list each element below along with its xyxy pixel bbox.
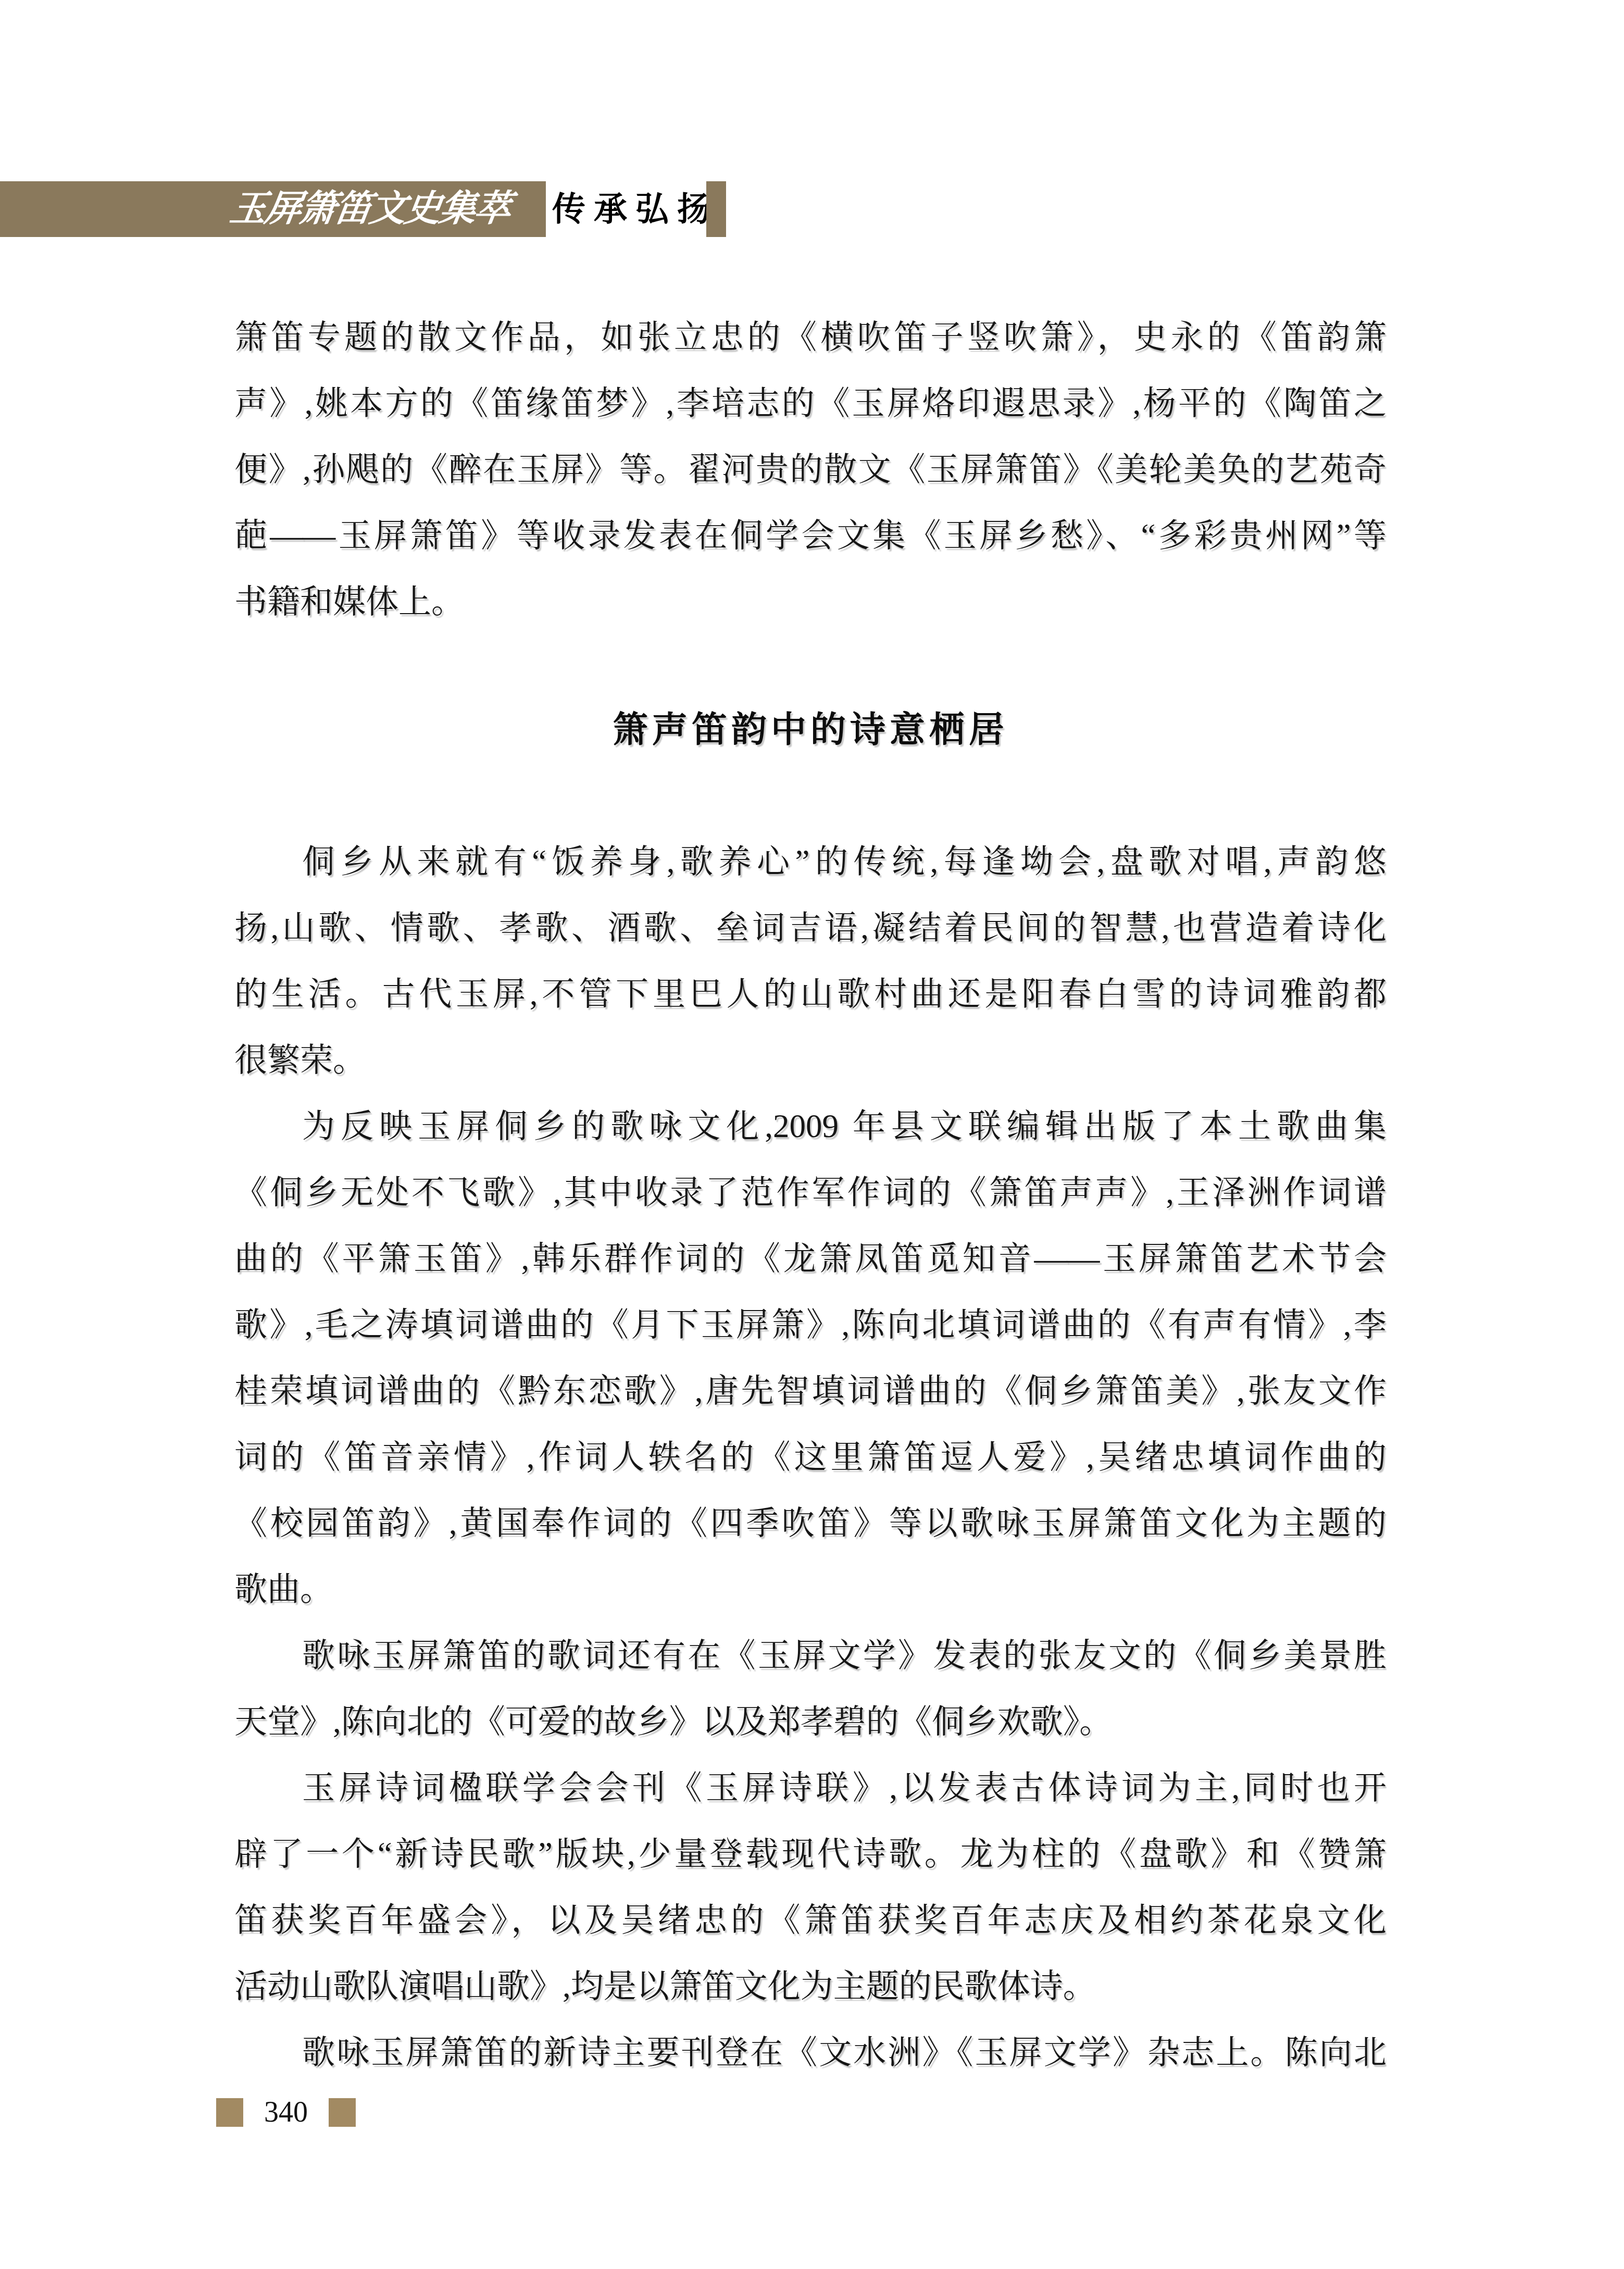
text-line: 笛获奖百年盛会》，以及吴绪忠的《箫笛获奖百年志庆及相约茶花泉文化	[234, 1887, 1386, 1953]
series-title-calligraphy: 玉屏箫笛文史集萃	[226, 181, 513, 237]
text-line: 歌》,毛之涛填词谱曲的《月下玉屏箫》,陈向北填词谱曲的《有声有情》,李	[234, 1292, 1386, 1358]
header-section-label: 传承弘扬	[552, 181, 719, 237]
footer-page-number: 340	[264, 2098, 308, 2127]
text-line: 辟了一个“新诗民歌”版块,少量登载现代诗歌。龙为柱的《盘歌》和《赞箫	[234, 1821, 1386, 1887]
text-line: 天堂》,陈向北的《可爱的故乡》以及郑孝碧的《侗乡欢歌》。	[234, 1689, 1386, 1755]
text-line: 《校园笛韵》,黄国奉作词的《四季吹笛》等以歌咏玉屏箫笛文化为主题的	[234, 1490, 1386, 1556]
header-bar: 玉屏箫笛文史集萃	[0, 181, 546, 237]
text-line: 扬,山歌、情歌、孝歌、酒歌、垒词吉语,凝结着民间的智慧,也营造着诗化	[234, 895, 1386, 961]
body-text: 侗乡从来就有“饭养身,歌养心”的传统,每逢坳会,盘歌对唱,声韵悠 扬,山歌、情歌…	[234, 829, 1386, 2086]
book-page: 玉屏箫笛文史集萃 传承弘扬 箫笛专题的散文作品，如张立忠的《横吹笛子竖吹箫》，史…	[0, 0, 1624, 2269]
text-line: 歌曲。	[234, 1556, 1386, 1623]
text-line: 词的《笛音亲情》,作词人轶名的《这里箫笛逗人爱》,吴绪忠填词作曲的	[234, 1424, 1386, 1490]
text-line: 曲的《平箫玉笛》,韩乐群作词的《龙箫凤笛觅知音——玉屏箫笛艺术节会	[234, 1226, 1386, 1292]
section-heading: 箫声笛韵中的诗意栖居	[234, 697, 1386, 763]
text-line: 书籍和媒体上。	[234, 569, 1386, 635]
paragraph: 歌咏玉屏箫笛的歌词还有在《玉屏文学》发表的张友文的《侗乡美景胜 天堂》,陈向北的…	[234, 1623, 1386, 1755]
paragraph: 侗乡从来就有“饭养身,歌养心”的传统,每逢坳会,盘歌对唱,声韵悠 扬,山歌、情歌…	[234, 829, 1386, 1093]
header-accent-block	[706, 181, 726, 237]
text-line: 活动山歌队演唱山歌》,均是以箫笛文化为主题的民歌体诗。	[234, 1953, 1386, 2019]
text-line: 的生活。古代玉屏,不管下里巴人的山歌村曲还是阳春白雪的诗词雅韵都	[234, 961, 1386, 1027]
text-line: 为反映玉屏侗乡的歌咏文化,2009 年县文联编辑出版了本土歌曲集	[234, 1093, 1386, 1160]
text-line: 桂荣填词谱曲的《黔东恋歌》,唐先智填词谱曲的《侗乡箫笛美》,张友文作	[234, 1358, 1386, 1424]
footer-right-square	[329, 2098, 356, 2127]
paragraph: 为反映玉屏侗乡的歌咏文化,2009 年县文联编辑出版了本土歌曲集 《侗乡无处不飞…	[234, 1093, 1386, 1623]
text-line: 侗乡从来就有“饭养身,歌养心”的传统,每逢坳会,盘歌对唱,声韵悠	[234, 829, 1386, 895]
paragraph: 箫笛专题的散文作品，如张立忠的《横吹笛子竖吹箫》，史永的《笛韵箫 声》,姚本方的…	[234, 304, 1386, 635]
text-line: 箫笛专题的散文作品，如张立忠的《横吹笛子竖吹箫》，史永的《笛韵箫	[234, 304, 1386, 370]
text-line: 声》,姚本方的《笛缘笛梦》,李培志的《玉屏烙印遐思录》,杨平的《陶笛之	[234, 370, 1386, 437]
text-line: 葩——玉屏箫笛》等收录发表在侗学会文集《玉屏乡愁》、“多彩贵州网”等	[234, 503, 1386, 569]
paragraph: 玉屏诗词楹联学会会刊《玉屏诗联》,以发表古体诗词为主,同时也开 辟了一个“新诗民…	[234, 1755, 1386, 2019]
text-line: 很繁荣。	[234, 1027, 1386, 1093]
footer-left-square	[216, 2098, 243, 2127]
text-line: 玉屏诗词楹联学会会刊《玉屏诗联》,以发表古体诗词为主,同时也开	[234, 1755, 1386, 1821]
page-footer: 340	[216, 2098, 356, 2127]
text-line: 歌咏玉屏箫笛的歌词还有在《玉屏文学》发表的张友文的《侗乡美景胜	[234, 1623, 1386, 1689]
text-line: 《侗乡无处不飞歌》,其中收录了范作军作词的《箫笛声声》,王泽洲作词谱	[234, 1160, 1386, 1226]
text-line: 歌咏玉屏箫笛的新诗主要刊登在《文水洲》《玉屏文学》杂志上。陈向北	[234, 2019, 1386, 2086]
paragraph: 歌咏玉屏箫笛的新诗主要刊登在《文水洲》《玉屏文学》杂志上。陈向北	[234, 2019, 1386, 2086]
text-line: 便》,孙飓的《醉在玉屏》等。翟河贵的散文《玉屏箫笛》《美轮美奂的艺苑奇	[234, 437, 1386, 503]
